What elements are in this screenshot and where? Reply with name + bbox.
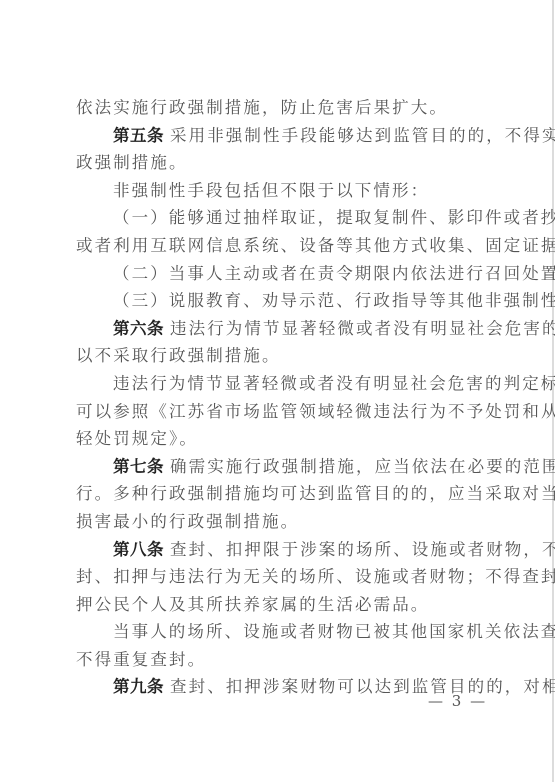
line-text: 依法实施行政强制措施，防止危害后果扩大。 [76,98,448,117]
text-line: 轻处罚规定》。 [76,425,488,453]
article-9-line: 第九条查封、扣押涉案财物可以达到监管目的的，对相关设 [76,673,488,701]
article-8-line: 第八条查封、扣押限于涉案的场所、设施或者财物，不得查 [76,536,488,564]
line-text: 查封、扣押涉案财物可以达到监管目的的，对相关设 [170,677,555,696]
text-line: 可以参照《江苏省市场监管领域轻微违法行为不予处罚和从轻减 [76,398,488,426]
text-line: 不得重复查封。 [76,646,488,674]
article-6-line: 第六条违法行为情节显著轻微或者没有明显社会危害的，可 [76,315,488,343]
text-line: 政强制措施。 [76,149,488,177]
document-body: 依法实施行政强制措施，防止危害后果扩大。 第五条采用非强制性手段能够达到监管目的… [76,94,488,701]
text-line: 非强制性手段包括但不限于以下情形： [76,177,488,205]
line-text: （一）能够通过抽样取证，提取复制件、影印件或者抄录件， [113,208,555,227]
line-text: 押公民个人及其所扶养家属的生活必需品。 [76,595,429,614]
line-text: 损害最小的行政强制措施。 [76,512,299,531]
text-line: 押公民个人及其所扶养家属的生活必需品。 [76,591,488,619]
text-line: 违法行为情节显著轻微或者没有明显社会危害的判定标准， [76,370,488,398]
text-line: （三）说服教育、劝导示范、行政指导等其他非强制性手段。 [76,287,488,315]
article-5-line: 第五条采用非强制性手段能够达到监管目的的，不得实施行 [76,122,488,150]
article-number: 第九条 [113,677,164,696]
article-number: 第六条 [113,319,164,338]
text-line: （二）当事人主动或者在责令期限内依法进行召回处置的； [76,260,488,288]
text-line: 当事人的场所、设施或者财物已被其他国家机关依法查封的， [76,618,488,646]
line-text: 查封、扣押限于涉案的场所、设施或者财物，不得查 [170,540,555,559]
line-text: 可以参照《江苏省市场监管领域轻微违法行为不予处罚和从轻减 [76,402,555,421]
text-line: 或者利用互联网信息系统、设备等其他方式收集、固定证据的； [76,232,488,260]
text-line: 依法实施行政强制措施，防止危害后果扩大。 [76,94,488,122]
article-7-line: 第七条确需实施行政强制措施，应当依法在必要的范围内进 [76,453,488,481]
line-text: 采用非强制性手段能够达到监管目的的，不得实施行 [170,126,555,145]
article-number: 第八条 [113,540,164,559]
line-text: 违法行为情节显著轻微或者没有明显社会危害的，可 [170,319,555,338]
line-text: （二）当事人主动或者在责令期限内依法进行召回处置的； [113,264,555,283]
line-text: 轻处罚规定》。 [76,429,198,448]
page-number: — 3 — [428,692,487,710]
text-line: （一）能够通过抽样取证，提取复制件、影印件或者抄录件， [76,204,488,232]
line-text: 当事人的场所、设施或者财物已被其他国家机关依法查封的， [113,622,555,641]
text-line: 损害最小的行政强制措施。 [76,508,488,536]
line-text: 封、扣押与违法行为无关的场所、设施或者财物；不得查封、扣 [76,567,555,586]
line-text: 以不采取行政强制措施。 [76,346,281,365]
text-line: 封、扣押与违法行为无关的场所、设施或者财物；不得查封、扣 [76,563,488,591]
line-text: （三）说服教育、劝导示范、行政指导等其他非强制性手段。 [113,291,555,310]
text-line: 行。多种行政强制措施均可达到监管目的的，应当采取对当事人 [76,480,488,508]
article-number: 第七条 [113,457,164,476]
line-text: 违法行为情节显著轻微或者没有明显社会危害的判定标准， [113,374,555,393]
text-line: 以不采取行政强制措施。 [76,342,488,370]
line-text: 确需实施行政强制措施，应当依法在必要的范围内进 [170,457,555,476]
line-text: 或者利用互联网信息系统、设备等其他方式收集、固定证据的； [76,236,555,255]
line-text: 非强制性手段包括但不限于以下情形： [113,181,429,200]
line-text: 行。多种行政强制措施均可达到监管目的的，应当采取对当事人 [76,484,555,503]
line-text: 政强制措施。 [76,153,188,172]
line-text: 不得重复查封。 [76,650,206,669]
article-number: 第五条 [113,126,164,145]
